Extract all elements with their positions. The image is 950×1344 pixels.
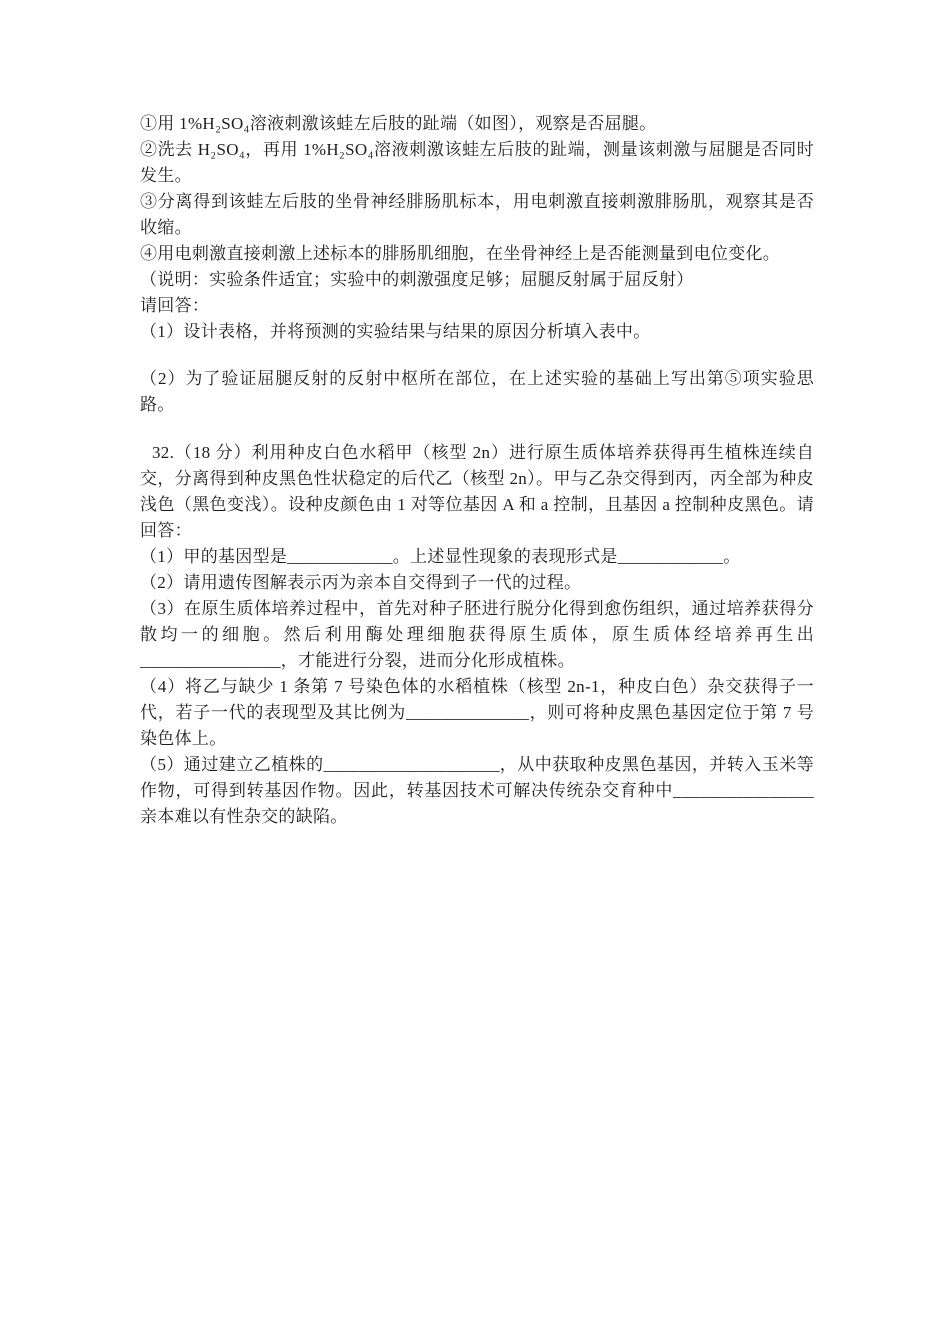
q31-subquestion-2: （2）为了验证屈腿反射的反射中枢所在部位，在上述实验的基础上写出第⑤项实验思路。 — [140, 366, 814, 418]
q32-subquestion-4: （4）将乙与缺少 1 条第 7 号染色体的水稻植株（核型 2n-1，种皮白色）杂… — [140, 674, 814, 752]
experiment-note: （说明：实验条件适宜；实验中的刺激强度足够；屈腿反射属于屈反射） — [140, 267, 814, 293]
experiment-step-3: ③分离得到该蛙左后肢的坐骨神经腓肠肌标本，用电刺激直接刺激腓肠肌，观察其是否收缩… — [140, 189, 814, 241]
experiment-step-1: ①用 1%H₂SO₄溶液刺激该蛙左后肢的趾端（如图），观察是否屈腿。 — [140, 111, 814, 137]
q32-subquestion-5: （5）通过建立乙植株的____________________，从中获取种皮黑色… — [140, 752, 814, 830]
answer-prompt: 请回答： — [140, 293, 814, 319]
experiment-step-4: ④用电刺激直接刺激上述标本的腓肠肌细胞，在坐骨神经上是否能测量到电位变化。 — [140, 241, 814, 267]
exam-sheet: ①用 1%H₂SO₄溶液刺激该蛙左后肢的趾端（如图），观察是否屈腿。 ②洗去 H… — [140, 111, 814, 830]
q32-subquestion-2: （2）请用遗传图解表示丙为亲本自交得到子一代的过程。 — [140, 570, 814, 596]
question-32-section: 32.（18 分）利用种皮白色水稻甲（核型 2n）进行原生质体培养获得再生植株连… — [140, 440, 814, 830]
experiment-step-2: ②洗去 H₂SO₄，再用 1%H₂SO₄溶液刺激该蛙左后肢的趾端，测量该刺激与屈… — [140, 137, 814, 189]
question-31-section: ①用 1%H₂SO₄溶液刺激该蛙左后肢的趾端（如图），观察是否屈腿。 ②洗去 H… — [140, 111, 814, 418]
q32-subquestion-1: （1）甲的基因型是____________。上述显性现象的表现形式是______… — [140, 544, 814, 570]
q32-subquestion-3: （3）在原生质体培养过程中，首先对种子胚进行脱分化得到愈伤组织，通过培养获得分散… — [140, 596, 814, 674]
question-32-stem: 32.（18 分）利用种皮白色水稻甲（核型 2n）进行原生质体培养获得再生植株连… — [140, 440, 814, 544]
q31-subquestion-1: （1）设计表格，并将预测的实验结果与结果的原因分析填入表中。 — [140, 319, 814, 345]
